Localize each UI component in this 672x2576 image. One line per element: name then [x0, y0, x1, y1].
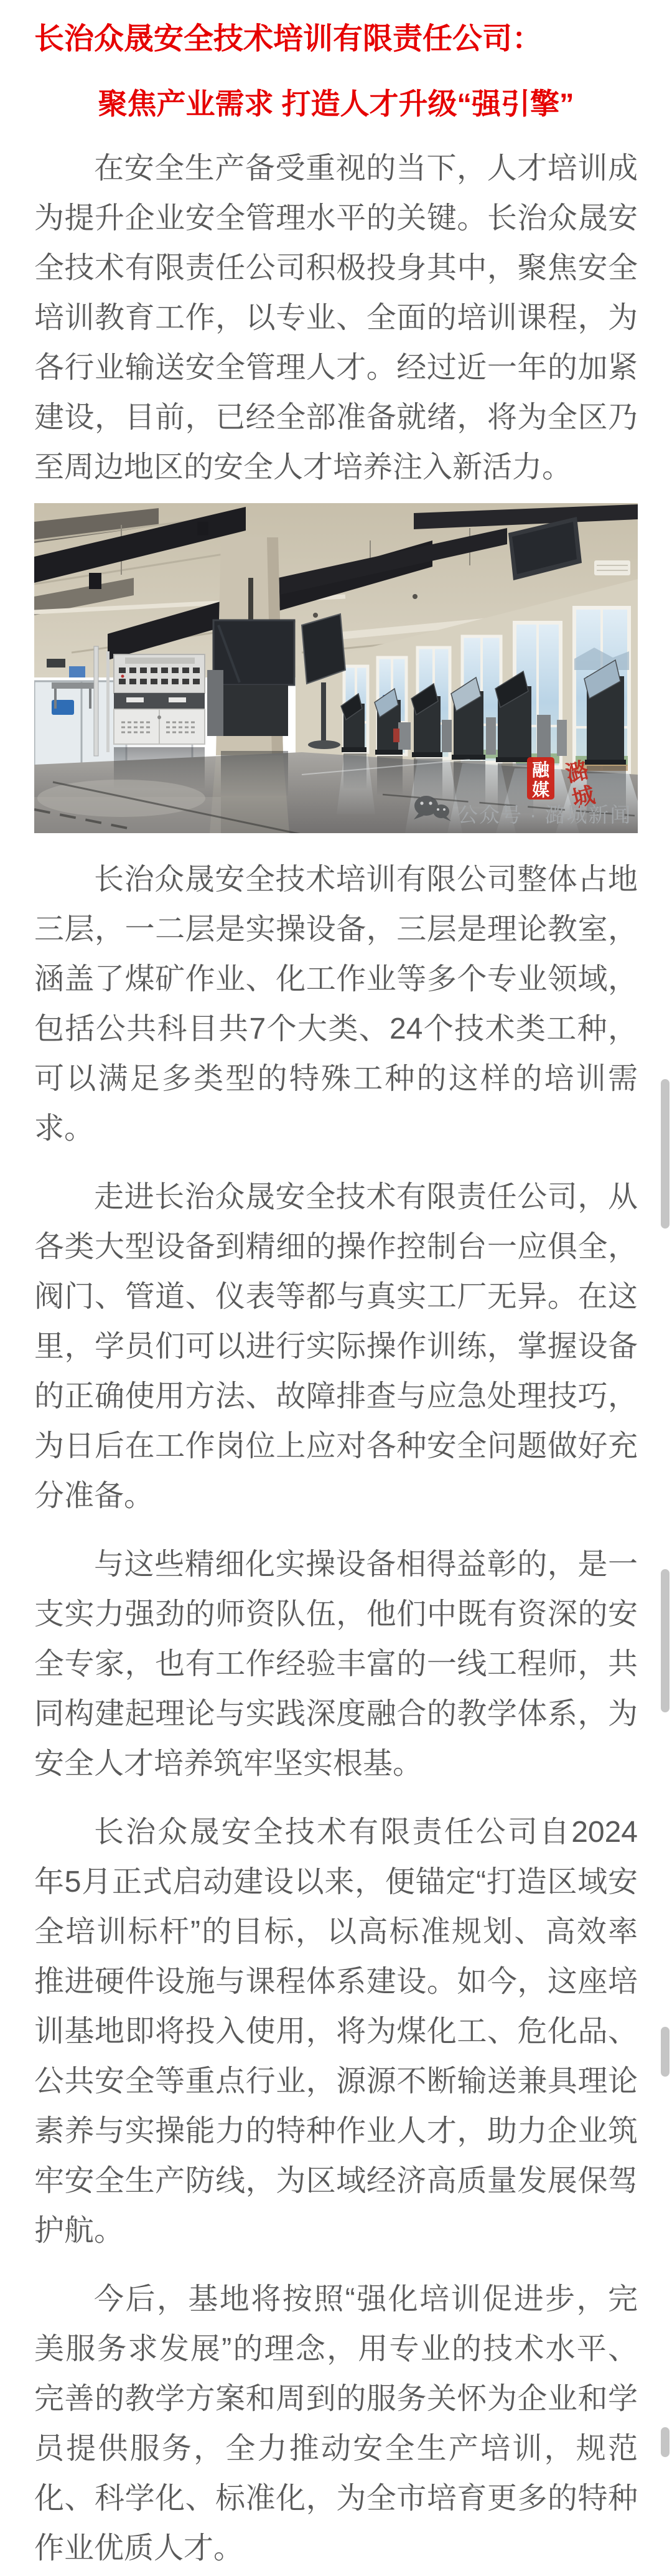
article-subtitle: 聚焦产业需求 打造人才升级“强引擎” — [34, 85, 638, 123]
article-title: 长治众晟安全技术培训有限责任公司： — [34, 20, 638, 59]
seal-char-top: 融 — [532, 760, 550, 780]
scrollbar-thumb-segment[interactable] — [661, 2427, 670, 2457]
scrollbar-thumb-segment[interactable] — [661, 2027, 670, 2077]
paragraph-5: 长治众晟安全技术有限责任公司自2024年5月正式启动建设以来，便锚定“打造区域安… — [34, 1808, 638, 2256]
seal-char-bottom: 媒 — [532, 780, 549, 800]
paragraph-3: 走进长治众晟安全技术有限责任公司，从各类大型设备到精细的操作控制台一应俱全，阀门… — [34, 1172, 638, 1521]
facility-photo-illustration: 融 媒 潞 城 公众号 · 潞城新闻 — [34, 503, 638, 833]
facility-photo: 融 媒 潞 城 公众号 · 潞城新闻 — [34, 503, 638, 833]
scrollbar-thumb-segment[interactable] — [661, 1569, 670, 1712]
paragraph-1: 在安全生产备受重视的当下，人才培训成为提升企业安全管理水平的关键。长治众晟安全技… — [34, 144, 638, 493]
watermark-text: 公众号 · 潞城新闻 — [457, 803, 632, 826]
scrollbar-thumb-segment[interactable] — [661, 1079, 670, 1229]
paragraph-6: 今后，基地将按照“强化培训促进步，完美服务求发展”的理念，用专业的技术水平、完善… — [34, 2275, 638, 2574]
paragraph-4: 与这些精细化实操设备相得益彰的，是一支实力强劲的师资队伍，他们中既有资深的安全专… — [34, 1540, 638, 1789]
article: 长治众晟安全技术培训有限责任公司： 聚焦产业需求 打造人才升级“强引擎” 在安全… — [0, 20, 672, 2574]
paragraph-2: 长治众晟安全技术培训有限公司整体占地三层，一二层是实操设备，三层是理论教室，涵盖… — [34, 855, 638, 1154]
